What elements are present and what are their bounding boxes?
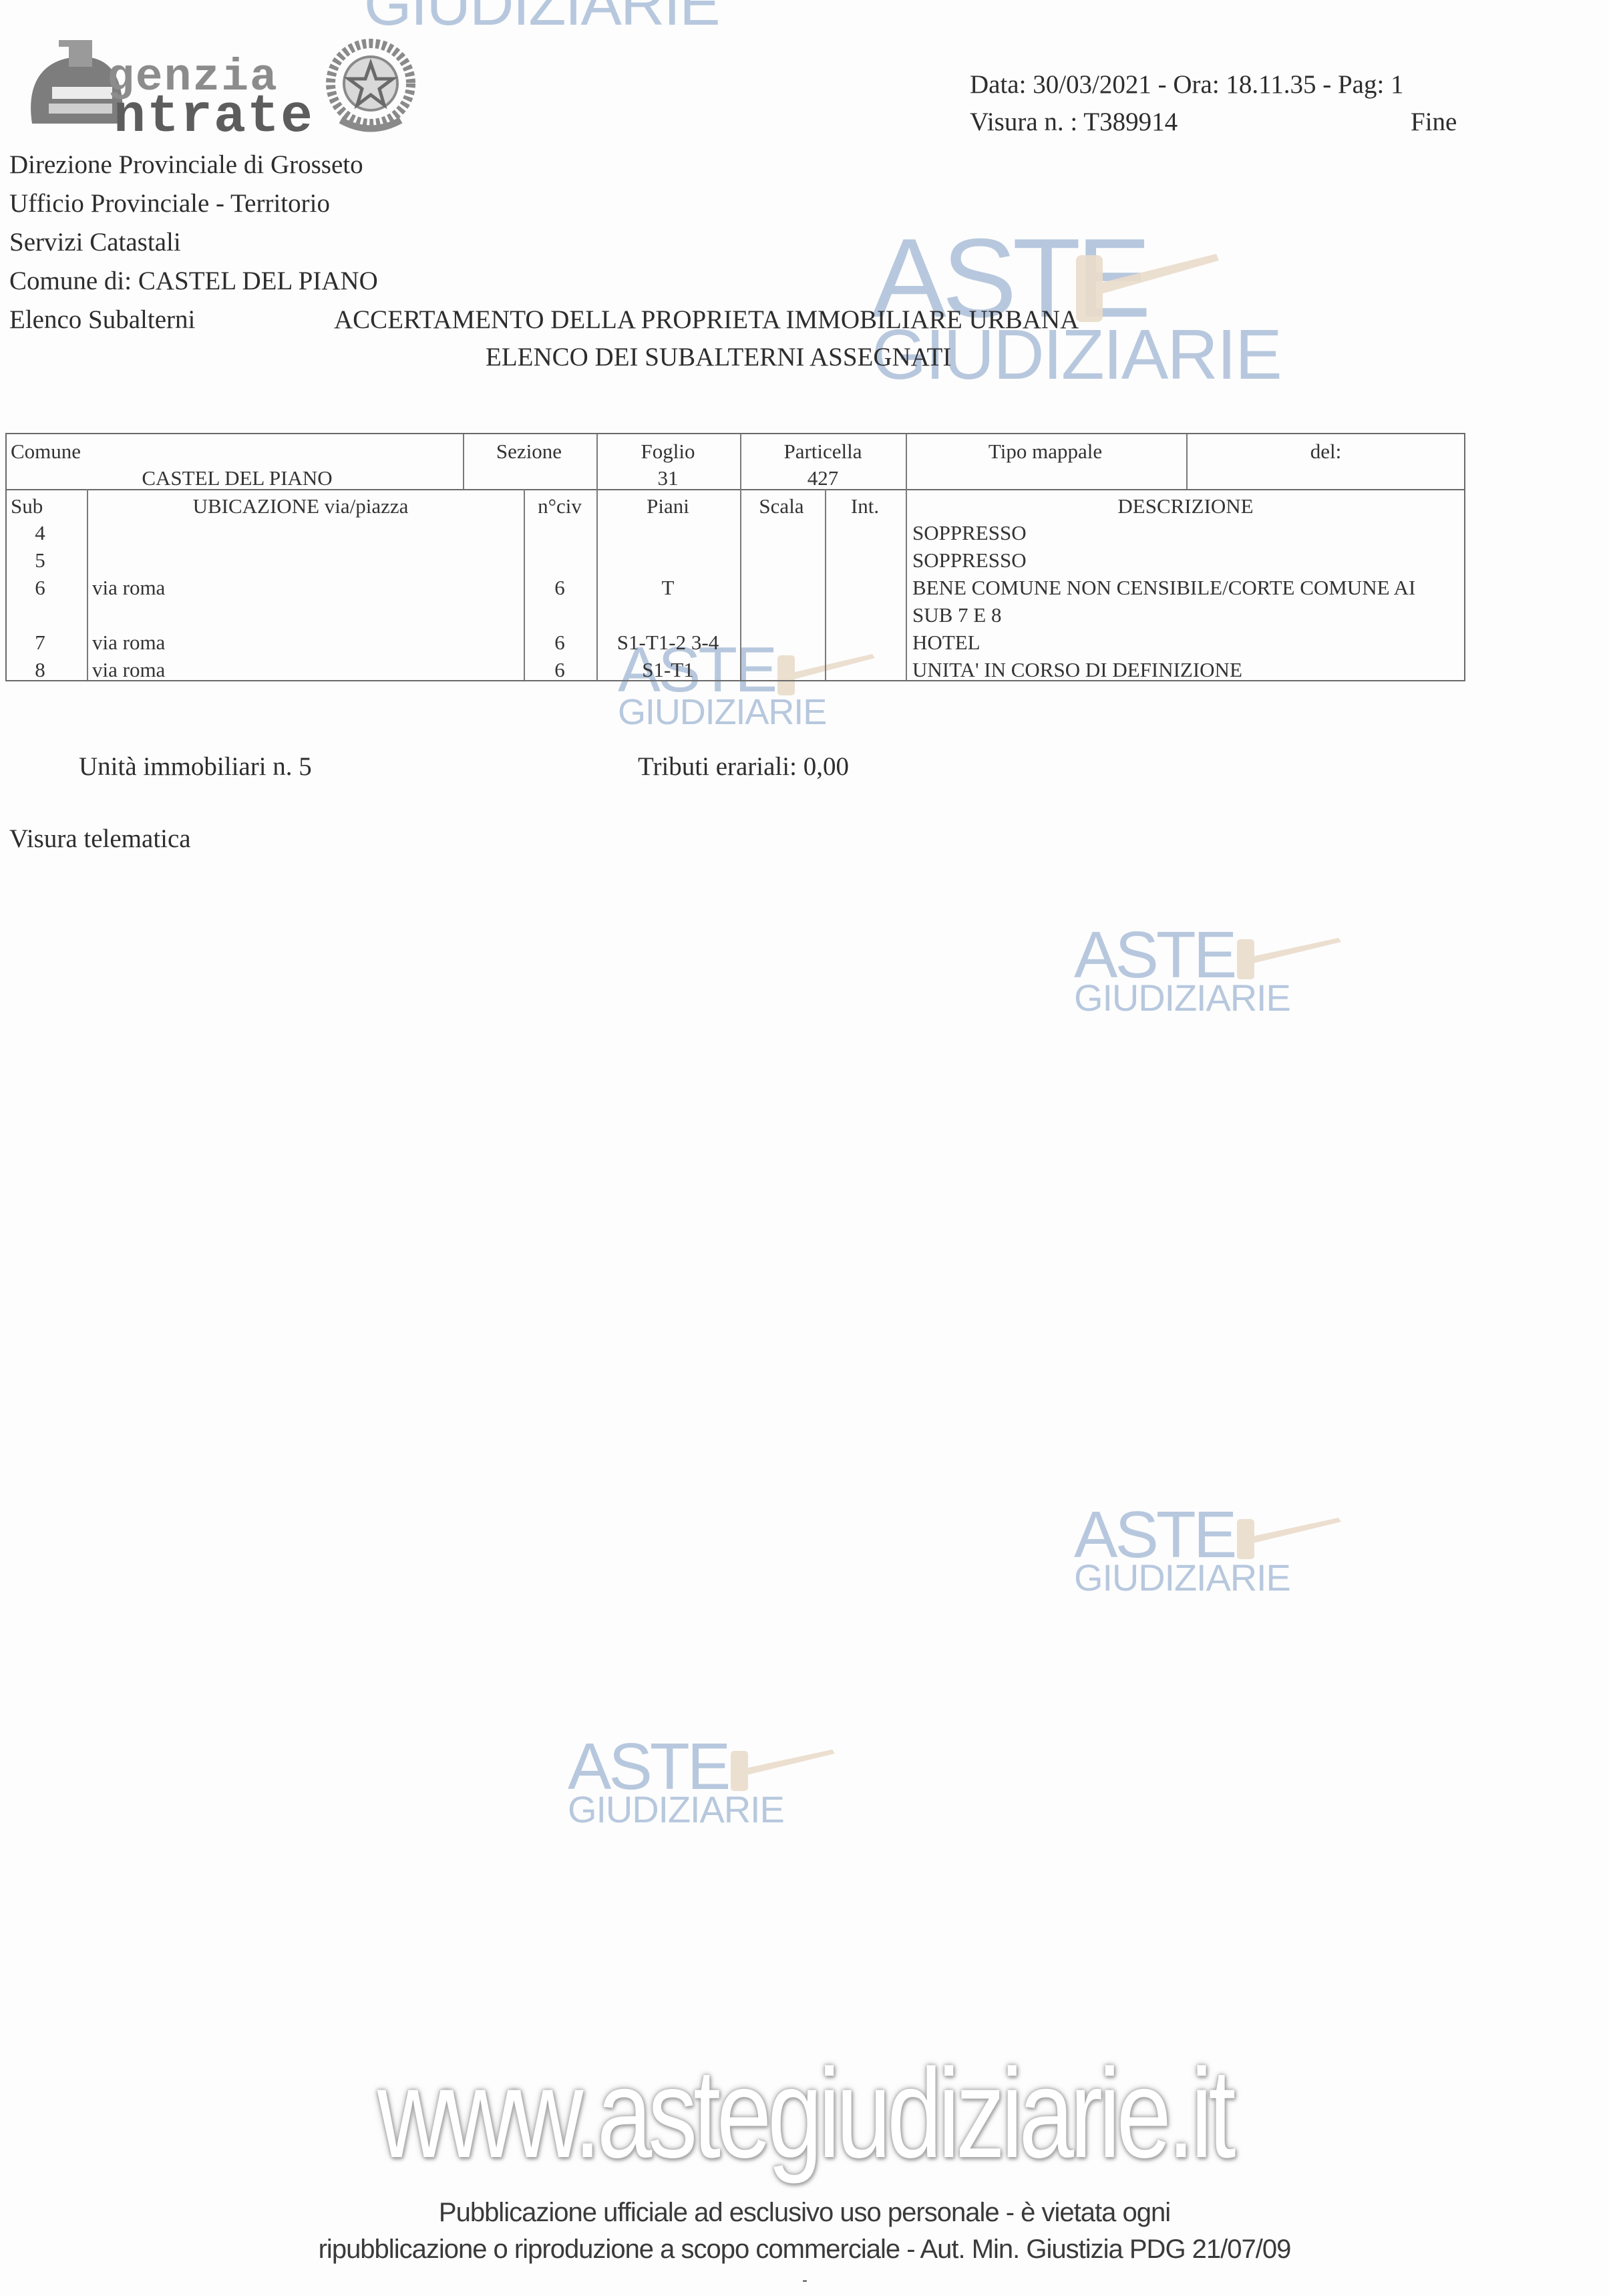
gavel-icon: [1234, 931, 1341, 985]
document-subtitle: ELENCO DEI SUBALTERNI ASSEGNATI: [486, 342, 951, 372]
gavel-icon: [1234, 1511, 1341, 1565]
date-time-page: Data: 30/03/2021 - Ora: 18.11.35 - Pag: …: [970, 69, 1404, 100]
office-direzione: Direzione Provinciale di Grosseto: [9, 150, 363, 180]
header-sezione: Sezione: [496, 441, 562, 462]
cell-piani: T: [662, 577, 675, 598]
italian-republic-emblem-icon: [321, 33, 421, 134]
header-tipo-mappale: Tipo mappale: [989, 441, 1102, 462]
cell-ubicazione: via roma: [92, 659, 165, 680]
cell-sub: 5: [35, 550, 45, 570]
watermark-website: www.astegiudiziarie.it: [177, 2041, 1432, 2186]
cell-sub: 7: [35, 632, 45, 653]
gavel-icon: [1072, 242, 1219, 329]
fine-label: Fine: [1411, 107, 1457, 137]
cell-descrizione: HOTEL: [912, 632, 980, 653]
column-int: Int.: [851, 496, 879, 516]
footer-trailing-mark: -: [0, 2271, 1609, 2290]
office-ufficio: Ufficio Provinciale - Territorio: [9, 188, 330, 218]
watermark-aste-giudiziarie-4: ASTE GIUDIZIARIE: [568, 1734, 784, 1828]
watermark-giudiziarie-text: GIUDIZIARIE: [1074, 979, 1290, 1017]
cell-nciv: 6: [554, 632, 565, 653]
watermark-aste-giudiziarie-3: ASTE GIUDIZIARIE: [1074, 1502, 1290, 1597]
column-ubicazione: UBICAZIONE via/piazza: [193, 496, 409, 516]
cell-piani: S1-T1-2 3-4: [617, 632, 719, 653]
column-nciv: n°civ: [538, 496, 582, 516]
table-divider: [825, 489, 826, 680]
table-divider: [1186, 434, 1188, 489]
cell-nciv: 6: [554, 577, 565, 598]
cell-piani: S1-T1: [642, 659, 694, 680]
logo-entrate-text: ntrate: [114, 87, 314, 148]
cell-descrizione: SOPPRESSO: [912, 550, 1027, 570]
column-descrizione: DESCRIZIONE: [1117, 496, 1253, 516]
header-comune: Comune: [11, 441, 81, 462]
office-elenco: Elenco Subalterni: [9, 305, 195, 335]
watermark-giudiziarie-text: GIUDIZIARIE: [1074, 1559, 1290, 1597]
value-comune: CASTEL DEL PIANO: [142, 468, 332, 488]
cell-descrizione: UNITA' IN CORSO DI DEFINIZIONE: [912, 659, 1242, 680]
table-divider: [524, 489, 525, 680]
cell-ubicazione: via roma: [92, 577, 165, 598]
table-divider: [906, 434, 907, 680]
office-comune: Comune di: CASTEL DEL PIANO: [9, 266, 378, 296]
footer-notice-line1: Pubblicazione ufficiale ad esclusivo uso…: [0, 2198, 1609, 2228]
unita-immobiliari-count: Unità immobiliari n. 5: [79, 752, 312, 782]
watermark-giudiziarie-text: GIUDIZIARIE: [364, 0, 719, 35]
cell-nciv: 6: [554, 659, 565, 680]
table-divider: [463, 434, 464, 489]
column-sub: Sub: [11, 496, 43, 516]
watermark-aste-giudiziarie-2: ASTE GIUDIZIARIE: [1074, 922, 1290, 1017]
header-particella: Particella: [783, 441, 862, 462]
watermark-giudiziarie-text: GIUDIZIARIE: [568, 1791, 784, 1828]
footer-notice-line2: ripubblicazione o riproduzione a scopo c…: [0, 2235, 1609, 2265]
visura-type: Visura telematica: [9, 824, 191, 854]
table-divider: [740, 434, 741, 680]
table-divider: [596, 434, 598, 680]
visura-number: Visura n. : T389914: [970, 107, 1178, 137]
column-piani: Piani: [647, 496, 689, 516]
cell-descrizione: SUB 7 E 8: [912, 605, 1002, 625]
document-title: ACCERTAMENTO DELLA PROPRIETA IMMOBILIARE…: [334, 305, 1079, 335]
header-foglio: Foglio: [641, 441, 695, 462]
cell-sub: 4: [35, 522, 45, 543]
value-foglio: 31: [658, 468, 679, 488]
agenzia-entrate-logo: genzia ntrate: [13, 33, 421, 134]
table-divider: [87, 489, 88, 680]
tributi-erariali: Tributi erariali: 0,00: [638, 752, 849, 782]
cell-descrizione: SOPPRESSO: [912, 522, 1027, 543]
office-servizi: Servizi Catastali: [9, 227, 181, 257]
subalterni-table: Comune Sezione Foglio Particella Tipo ma…: [5, 433, 1465, 681]
cell-sub: 6: [35, 577, 45, 598]
watermark-top-partial: GIUDIZIARIE: [364, 0, 719, 35]
header-del: del:: [1310, 441, 1342, 462]
cell-ubicazione: via roma: [92, 632, 165, 653]
gavel-icon: [728, 1743, 835, 1796]
cell-sub: 8: [35, 659, 45, 680]
value-particella: 427: [808, 468, 839, 488]
cell-descrizione: BENE COMUNE NON CENSIBILE/CORTE COMUNE A…: [912, 577, 1415, 598]
column-scala: Scala: [759, 496, 803, 516]
